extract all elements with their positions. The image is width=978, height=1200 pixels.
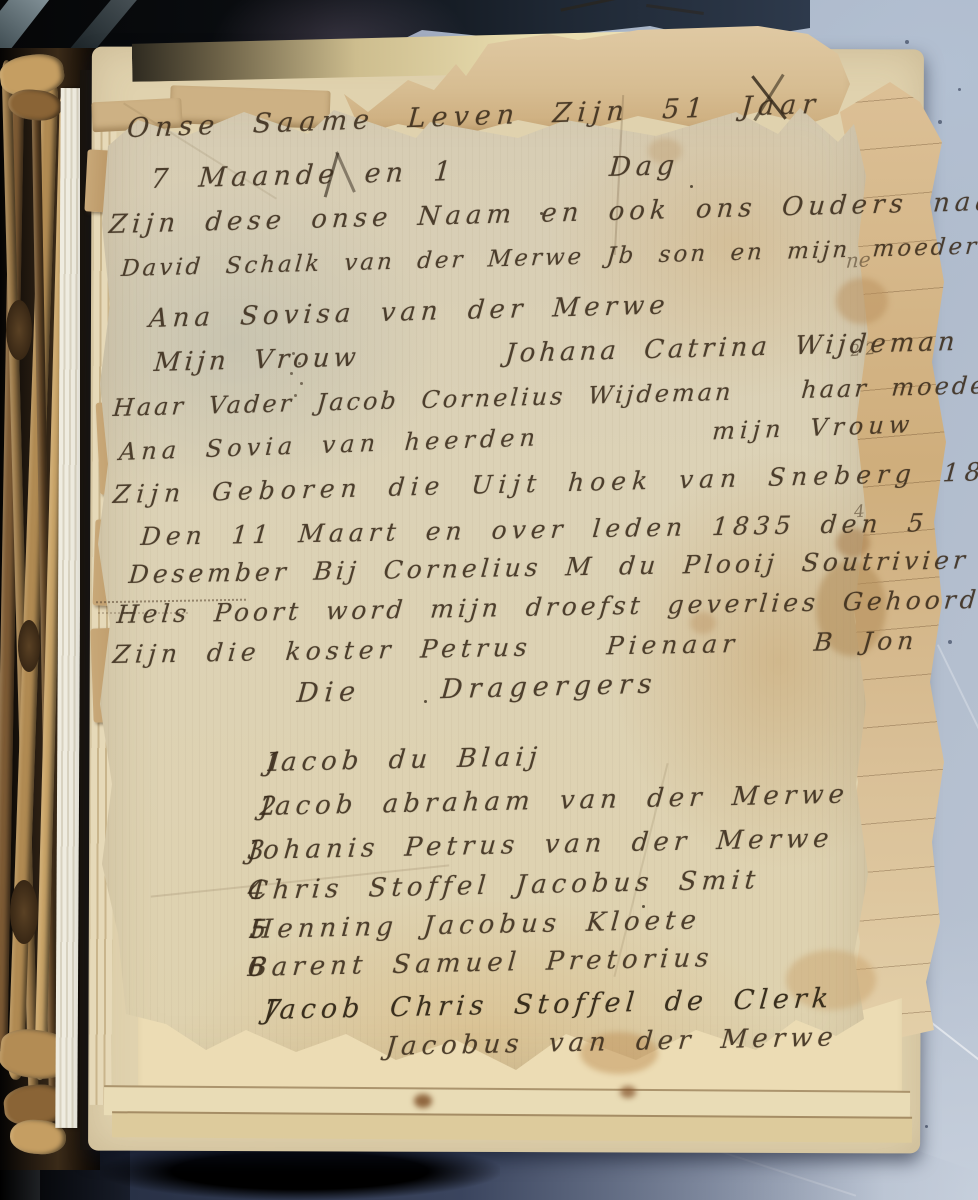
- stain: [414, 1094, 432, 1108]
- bearer-row: 7Jacob Chris Stoffel de Clerk: [158, 970, 267, 1053]
- margin-mark: 4: [853, 502, 865, 523]
- spine-knot: [6, 300, 32, 360]
- page-speck: [690, 185, 693, 188]
- table-speck: [925, 1125, 928, 1128]
- photo-of-manuscript: Onse Saame Leven Zijn 51 Jaar 7 Maande e…: [0, 0, 978, 1200]
- table-speck: [905, 40, 909, 44]
- table-speck: [938, 120, 942, 124]
- stain: [836, 278, 888, 324]
- bearer-name: Jacob du Blaij: [265, 744, 543, 776]
- margin-mark: 2 2: [849, 339, 876, 361]
- bearer-row: Jacobus van der Merwe: [281, 1008, 389, 1088]
- page-bottom-edge: [112, 1111, 912, 1143]
- ink-dots: [300, 382, 303, 385]
- spine-knot: [10, 880, 38, 944]
- table-speck: [948, 640, 952, 644]
- margin-mark: ne: [845, 247, 871, 273]
- spine-knot: [18, 620, 40, 672]
- stain: [620, 1086, 636, 1098]
- table-speck: [958, 88, 961, 91]
